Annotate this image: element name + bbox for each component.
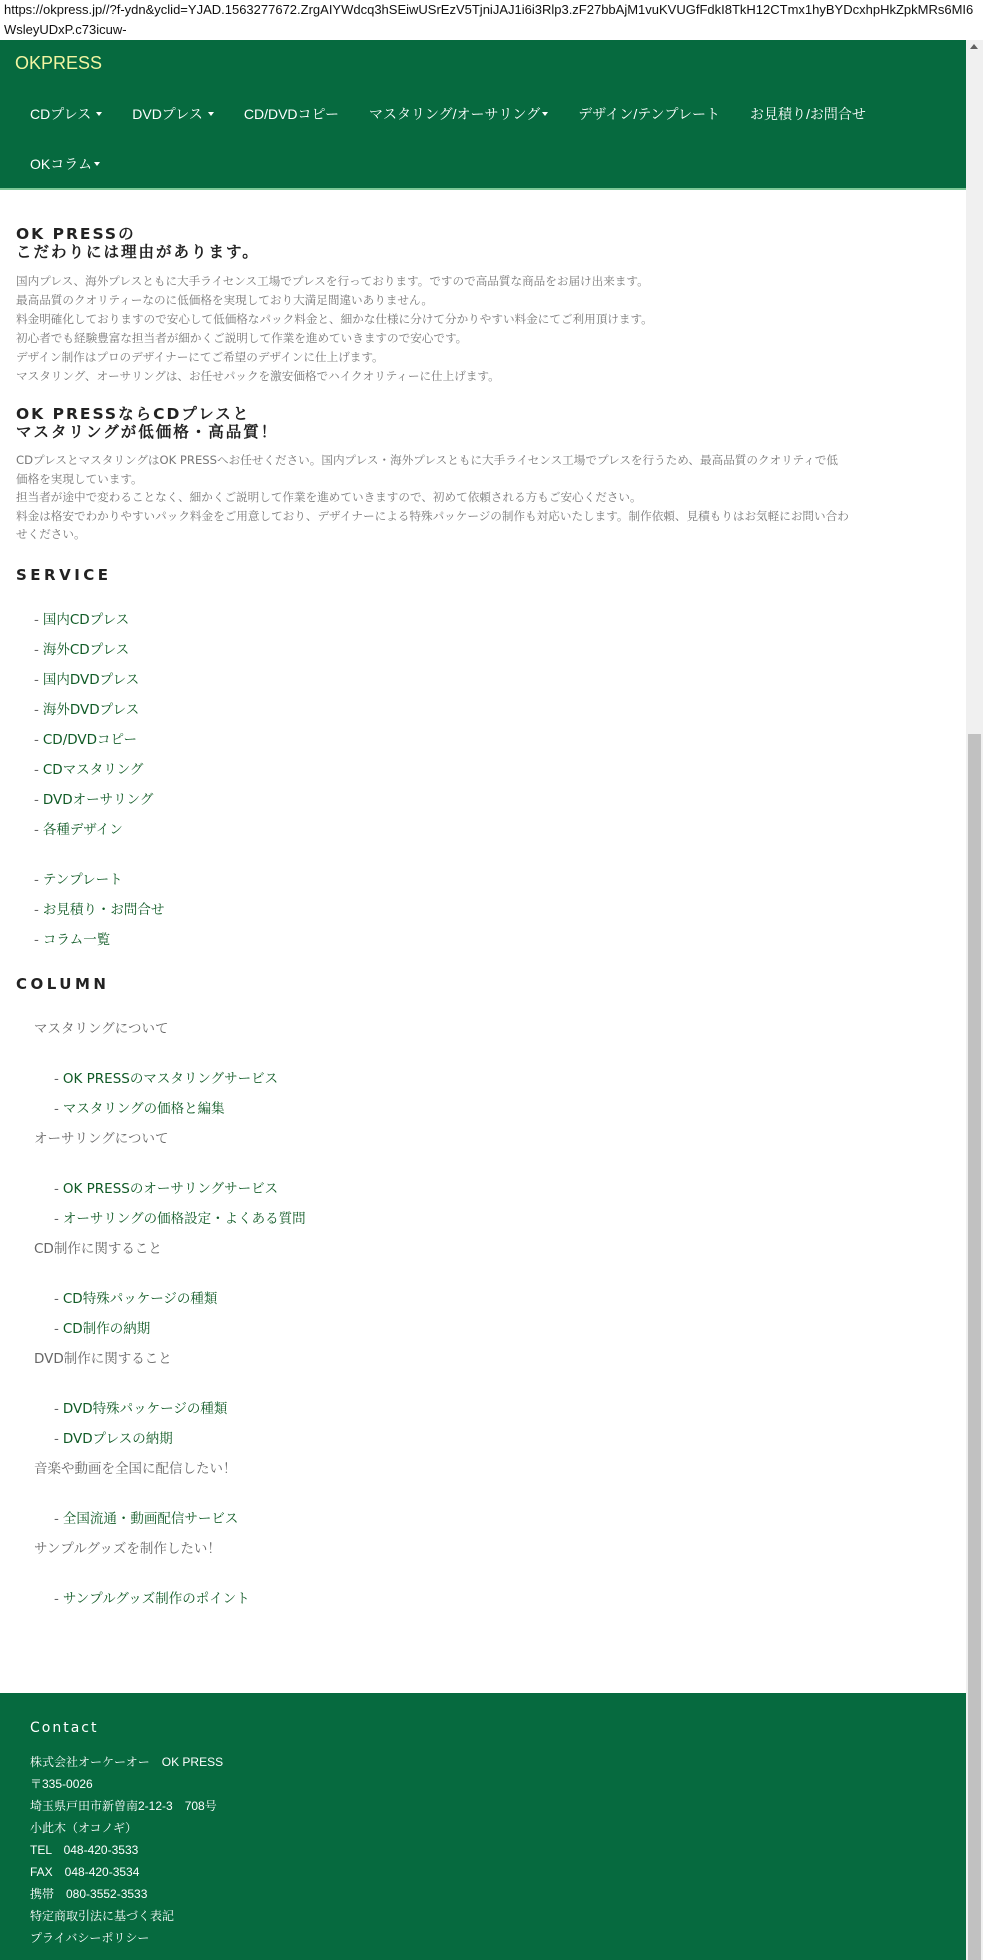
caret-down-icon bbox=[542, 112, 548, 116]
scrollbar-thumb[interactable] bbox=[968, 734, 981, 1960]
paragraph-line: マスタリング、オーサリングは、お任せパックを激安価格でハイクオリティーに仕上げま… bbox=[16, 367, 952, 386]
service-link-cd-dvd-copy[interactable]: -CD/DVDコピー bbox=[34, 731, 137, 749]
service-heading: SERVICE bbox=[16, 566, 112, 584]
paragraph-line: 国内プレス、海外プレスともに大手ライセンス工場でプレスを行っております。ですので… bbox=[16, 272, 952, 291]
low-price-paragraph: CDプレスとマスタリングはOK PRESSへお任せください。国内プレス・海外プレ… bbox=[16, 451, 952, 544]
service-link-overseas-cd[interactable]: -海外CDプレス bbox=[34, 641, 129, 659]
service-link-column-list[interactable]: -コラム一覧 bbox=[34, 931, 110, 949]
footer-company: 株式会社オーケーオー OK PRESS bbox=[30, 1754, 223, 1770]
nav-item-label: DVDプレス bbox=[132, 104, 203, 124]
reasons-paragraph: 国内プレス、海外プレスともに大手ライセンス工場でプレスを行っております。ですので… bbox=[16, 272, 952, 386]
column-link[interactable]: -DVD特殊パッケージの種類 bbox=[54, 1400, 227, 1418]
service-link-domestic-cd[interactable]: -国内CDプレス bbox=[34, 611, 129, 629]
column-category: サンプルグッズを制作したい！ bbox=[34, 1540, 221, 1558]
footer-address: 埼玉県戸田市新曽南2-12-3 708号 bbox=[30, 1798, 217, 1814]
nav-item-estimate-contact[interactable]: お見積り/お問合せ bbox=[735, 104, 881, 124]
main-nav: CDプレス DVDプレス CD/DVDコピー マスタリング/オーサリング デザイ… bbox=[15, 104, 881, 124]
column-link[interactable]: -DVDプレスの納期 bbox=[54, 1430, 173, 1448]
nav-item-label: マスタリング/オーサリング bbox=[369, 104, 540, 124]
nav-item-label: OKコラム bbox=[30, 154, 92, 174]
nav-item-label: CD/DVDコピー bbox=[244, 104, 339, 124]
address-bar[interactable]: https://okpress.jp//?f-ydn&yclid=YJAD.15… bbox=[0, 0, 983, 40]
url-text: https://okpress.jp//?f-ydn&yclid=YJAD.15… bbox=[4, 2, 973, 37]
service-link-domestic-dvd[interactable]: -国内DVDプレス bbox=[34, 671, 139, 689]
site-header: OKPRESS CDプレス DVDプレス CD/DVDコピー マスタリング/オー… bbox=[0, 40, 966, 190]
nav-item-design-template[interactable]: デザイン/テンプレート bbox=[563, 104, 735, 124]
nav-item-cd-dvd-copy[interactable]: CD/DVDコピー bbox=[229, 104, 354, 124]
paragraph-line: CDプレスとマスタリングはOK PRESSへお任せください。国内プレス・海外プレ… bbox=[16, 451, 952, 470]
page-viewport: OKPRESS CDプレス DVDプレス CD/DVDコピー マスタリング/オー… bbox=[0, 40, 966, 1960]
caret-down-icon bbox=[96, 112, 102, 116]
column-category: 音楽や動画を全国に配信したい！ bbox=[34, 1460, 237, 1478]
nav-item-cd-press[interactable]: CDプレス bbox=[15, 104, 117, 124]
column-heading: COLUMN bbox=[16, 975, 109, 993]
footer-tel: TEL 048-420-3533 bbox=[30, 1842, 138, 1858]
footer-privacy-link[interactable]: プライバシーポリシー bbox=[30, 1930, 149, 1946]
service-link-design[interactable]: -各種デザイン bbox=[34, 821, 123, 839]
main-nav-row-2: OKコラム bbox=[15, 154, 115, 174]
paragraph-line: 料金明確化しておりますので安心して低価格なパック料金と、細かな仕様に分けて分かり… bbox=[16, 310, 952, 329]
nav-item-mastering-authoring[interactable]: マスタリング/オーサリング bbox=[354, 104, 563, 124]
nav-item-dvd-press[interactable]: DVDプレス bbox=[117, 104, 229, 124]
footer-legal-link[interactable]: 特定商取引法に基づく表記 bbox=[30, 1908, 174, 1924]
nav-item-label: デザイン/テンプレート bbox=[578, 104, 720, 124]
paragraph-line: 初心者でも経験豊富な担当者が細かくご説明して作業を進めていきますので安心です。 bbox=[16, 329, 952, 348]
service-link-cd-mastering[interactable]: -CDマスタリング bbox=[34, 761, 143, 779]
caret-down-icon bbox=[208, 112, 214, 116]
nav-item-ok-column[interactable]: OKコラム bbox=[15, 154, 115, 174]
column-category: CD制作に関すること bbox=[34, 1240, 162, 1258]
section-heading-reasons: OK PRESSの こだわりには理由があります。 bbox=[16, 226, 260, 261]
column-link[interactable]: -OK PRESSのオーサリングサービス bbox=[54, 1180, 278, 1198]
paragraph-line: デザイン制作はプロのデザイナーにてご希望のデザインに仕上げます。 bbox=[16, 348, 952, 367]
service-link-template[interactable]: -テンプレート bbox=[34, 871, 123, 889]
paragraph-line: せください。 bbox=[16, 525, 952, 544]
paragraph-line: 価格を実現しています。 bbox=[16, 470, 952, 489]
footer-mobile: 携帯 080-3552-3533 bbox=[30, 1886, 147, 1902]
section-heading-low-price: OK PRESSならCDプレスと マスタリングが低価格・高品質！ bbox=[16, 406, 278, 441]
column-category: マスタリングについて bbox=[34, 1020, 168, 1038]
column-link[interactable]: -オーサリングの価格設定・よくある質問 bbox=[54, 1210, 306, 1228]
column-link[interactable]: -サンプルグッズ制作のポイント bbox=[54, 1590, 250, 1608]
footer-fax: FAX 048-420-3534 bbox=[30, 1864, 139, 1880]
footer-contact-heading: Contact bbox=[30, 1720, 98, 1736]
paragraph-line: 料金は格安でわかりやすいパック料金をご用意しており、デザイナーによる特殊パッケー… bbox=[16, 507, 952, 526]
column-link[interactable]: -マスタリングの価格と編集 bbox=[54, 1100, 225, 1118]
column-category: DVD制作に関すること bbox=[34, 1350, 172, 1368]
scroll-up-arrow-icon[interactable] bbox=[970, 44, 978, 49]
caret-down-icon bbox=[94, 162, 100, 166]
footer-contact-person: 小此木（オコノギ） bbox=[30, 1820, 137, 1836]
site-footer: Contact 株式会社オーケーオー OK PRESS 〒335-0026 埼玉… bbox=[0, 1693, 966, 1960]
service-link-dvd-authoring[interactable]: -DVDオーサリング bbox=[34, 791, 153, 809]
vertical-scrollbar[interactable] bbox=[966, 40, 983, 1960]
column-link[interactable]: -OK PRESSのマスタリングサービス bbox=[54, 1070, 278, 1088]
footer-postal-code: 〒335-0026 bbox=[30, 1776, 93, 1792]
column-link[interactable]: -CD特殊パッケージの種類 bbox=[54, 1290, 217, 1308]
service-link-overseas-dvd[interactable]: -海外DVDプレス bbox=[34, 701, 139, 719]
nav-item-label: CDプレス bbox=[30, 104, 91, 124]
site-logo[interactable]: OKPRESS bbox=[15, 53, 102, 74]
nav-item-label: お見積り/お問合せ bbox=[750, 104, 866, 124]
column-category: オーサリングについて bbox=[34, 1130, 168, 1148]
column-link[interactable]: -全国流通・動画配信サービス bbox=[54, 1510, 238, 1528]
paragraph-line: 最高品質のクオリティーなのに低価格を実現しており大満足間違いありません。 bbox=[16, 291, 952, 310]
service-link-estimate-contact[interactable]: -お見積り・お問合せ bbox=[34, 901, 164, 919]
column-link[interactable]: -CD制作の納期 bbox=[54, 1320, 150, 1338]
paragraph-line: 担当者が途中で変わることなく、細かくご説明して作業を進めていきますので、初めて依… bbox=[16, 488, 952, 507]
